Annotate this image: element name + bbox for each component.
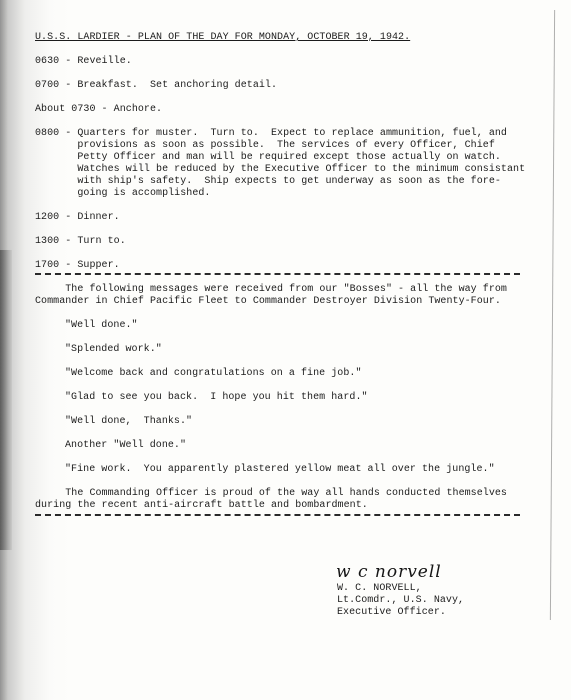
page-edge-line	[550, 10, 555, 620]
schedule-item: 1300 - Turn to.	[35, 236, 126, 248]
message-quote: "Well done."	[65, 320, 138, 332]
paragraph-line: with ship's safety. Ship expects to get …	[35, 176, 501, 188]
message-quote: "Splended work."	[65, 344, 162, 356]
schedule-item: 0700 - Breakfast. Set anchoring detail.	[35, 80, 277, 92]
paragraph-line: 0800 - Quarters for muster. Turn to. Exp…	[35, 128, 507, 140]
signatory-rank: Lt.Comdr., U.S. Navy,	[337, 595, 464, 607]
dashed-separator	[35, 273, 520, 275]
schedule-item: 1700 - Supper.	[35, 260, 120, 272]
messages-intro-line: Commander in Chief Pacific Fleet to Comm…	[35, 296, 501, 308]
schedule-item: 1200 - Dinner.	[35, 212, 120, 224]
message-quote: Another "Well done."	[65, 440, 186, 452]
dashed-separator	[35, 514, 520, 516]
handwritten-signature: w c norvell	[336, 562, 442, 582]
closing-line: during the recent anti-aircraft battle a…	[35, 500, 368, 512]
scan-shadow-edge	[0, 250, 12, 550]
paragraph-line: Petty Officer and man will be required e…	[35, 152, 501, 164]
schedule-item: About 0730 - Anchore.	[35, 104, 162, 116]
paragraph-line: provisions as soon as possible. The serv…	[35, 140, 495, 152]
closing-line: The Commanding Officer is proud of the w…	[35, 488, 507, 500]
messages-intro-line: The following messages were received fro…	[35, 284, 507, 296]
message-quote: "Fine work. You apparently plastered yel…	[65, 464, 495, 476]
message-quote: "Well done, Thanks."	[65, 416, 192, 428]
signatory-name: W. C. NORVELL,	[337, 583, 422, 595]
message-quote: "Glad to see you back. I hope you hit th…	[65, 392, 368, 404]
signatory-role: Executive Officer.	[337, 607, 446, 619]
paragraph-line: Watches will be reduced by the Executive…	[35, 164, 525, 176]
paragraph-line: going is accomplished.	[35, 188, 210, 200]
schedule-item: 0630 - Reveille.	[35, 56, 132, 68]
document-title: U.S.S. LARDIER - PLAN OF THE DAY FOR MON…	[35, 32, 410, 44]
message-quote: "Welcome back and congratulations on a f…	[65, 368, 362, 380]
